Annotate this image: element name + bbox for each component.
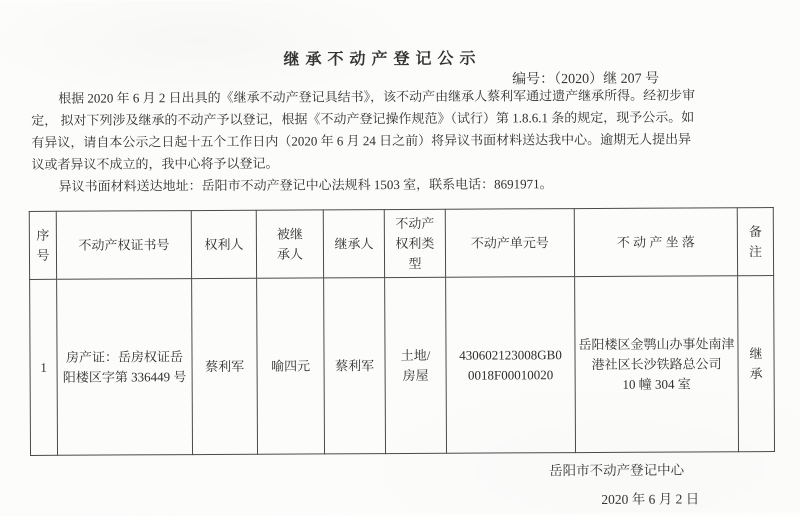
cell-remark: 继 承: [738, 276, 775, 452]
column-header-decedent: 被继 承人: [256, 210, 323, 278]
column-header-heir: 继承人: [323, 210, 384, 278]
body-line-3: 有异议，请自本公示之日起十五个工作日内（2020 年 6 月 24 日之前）将异…: [31, 128, 785, 154]
cell-certificate-no: 房产证：岳房权证岳阳楼区字第 336449 号: [57, 279, 193, 456]
column-header-remark: 备 注: [737, 208, 773, 276]
cell-right-holder: 蔡利军: [192, 278, 258, 454]
cell-heir: 蔡利军: [324, 278, 386, 454]
cell-right-type: 土地/ 房屋: [385, 277, 447, 453]
table-row: 1 房产证：岳房权证岳阳楼区字第 336449 号 蔡利军 喻四元 蔡利军 土地…: [30, 276, 775, 456]
cell-decedent: 喻四元: [257, 278, 325, 454]
notice-body: 根据 2020 年 6 月 2 日出具的《继承不动产登记具结书》，该不动产由继承…: [31, 84, 786, 198]
issuing-organization: 岳阳市不动产登记中心: [549, 459, 684, 480]
cell-seq: 1: [30, 279, 58, 455]
cell-location: 岳阳楼区金鹗山办事处南津港社区长沙铁路总公司 10 幢 304 室: [575, 276, 739, 453]
issue-date: 2020 年 6 月 2 日: [601, 487, 699, 508]
table-header-row: 序 号 不动产权证书号 权利人 被继 承人 继承人 不动产 权利类 型 不动产单…: [29, 208, 773, 280]
column-header-right-holder: 权利人: [191, 210, 256, 278]
document-page: 继 承 不 动 产 登 记 公 示 编号：（2020）继 207 号 根据 20…: [0, 0, 800, 514]
body-line-5: 异议书面材料送达地址：岳阳市不动产登记中心法规科 1503 室，联系电话：869…: [32, 172, 786, 198]
column-header-certificate-no: 不动产权证书号: [56, 211, 191, 280]
column-header-unit-no: 不动产单元号: [445, 209, 574, 278]
column-header-right-type: 不动产 权利类 型: [384, 209, 445, 277]
column-header-location: 不 动 产 坐 落: [574, 208, 737, 277]
cell-unit-no: 430602123008GB0 0018F00010020: [446, 277, 576, 454]
column-header-seq: 序 号: [29, 211, 56, 279]
registration-table: 序 号 不动产权证书号 权利人 被继 承人 继承人 不动产 权利类 型 不动产单…: [29, 207, 775, 456]
